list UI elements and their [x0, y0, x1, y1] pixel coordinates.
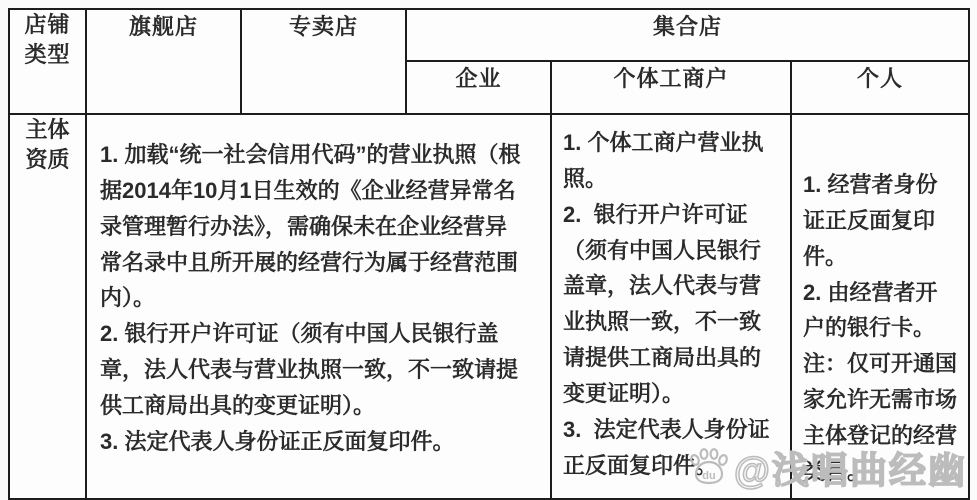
cell-enterprise-requirements: 1. 加载“统一社会信用代码”的营业执照（根据2014年10月1日生效的《企业经… [86, 114, 551, 499]
header-cell-flagship: 旗舰店 [86, 9, 241, 114]
enterprise-requirement-item: 2. 银行开户许可证（须有中国人民银行盖章，法人代表与营业执照一致，不一致请提供… [100, 316, 526, 424]
enterprise-requirement-item: 1. 加载“统一社会信用代码”的营业执照（根据2014年10月1日生效的《企业经… [100, 137, 526, 316]
page: 店铺类型 旗舰店 专卖店 集合店 企业 个体工商户 个人 主体资质 1. 加载“… [0, 0, 977, 500]
subject-qualification-label: 主体资质 [24, 115, 70, 174]
personal-requirement-note: 注：仅可开通国家允许无需市场主体登记的经营类目。 [803, 346, 958, 489]
row-label-subject-qualification: 主体资质 [9, 114, 86, 499]
personal-requirement-item: 1. 经营者身份证正反面复印件。 [803, 167, 958, 275]
individual-business-requirement-item: 2. 银行开户许可证（须有中国人民银行盖章，法人代表与营业执照一致，不一致请提供… [563, 197, 777, 412]
store-type-label: 店铺类型 [24, 10, 70, 69]
cell-individual-business-requirements: 1. 个体工商户营业执照。 2. 银行开户许可证（须有中国人民银行盖章，法人代表… [551, 114, 791, 499]
header-cell-collection: 集合店 [406, 9, 969, 61]
store-qualification-table: 店铺类型 旗舰店 专卖店 集合店 企业 个体工商户 个人 主体资质 1. 加载“… [8, 8, 970, 500]
enterprise-requirement-item: 3. 法定代表人身份证正反面复印件。 [100, 424, 526, 460]
cell-personal-requirements: 1. 经营者身份证正反面复印件。 2. 由经营者开户的银行卡。 注：仅可开通国家… [791, 114, 969, 499]
personal-requirement-item: 2. 由经营者开户的银行卡。 [803, 275, 958, 347]
header-cell-personal: 个人 [791, 61, 969, 114]
individual-business-requirement-item: 1. 个体工商户营业执照。 [563, 125, 777, 197]
header-cell-store-type: 店铺类型 [9, 9, 86, 114]
header-cell-enterprise: 企业 [406, 61, 551, 114]
individual-business-requirement-item: 3. 法定代表人身份证正反面复印件。 [563, 412, 777, 484]
header-cell-specialty: 专卖店 [241, 9, 406, 114]
header-cell-individual-business: 个体工商户 [551, 61, 791, 114]
